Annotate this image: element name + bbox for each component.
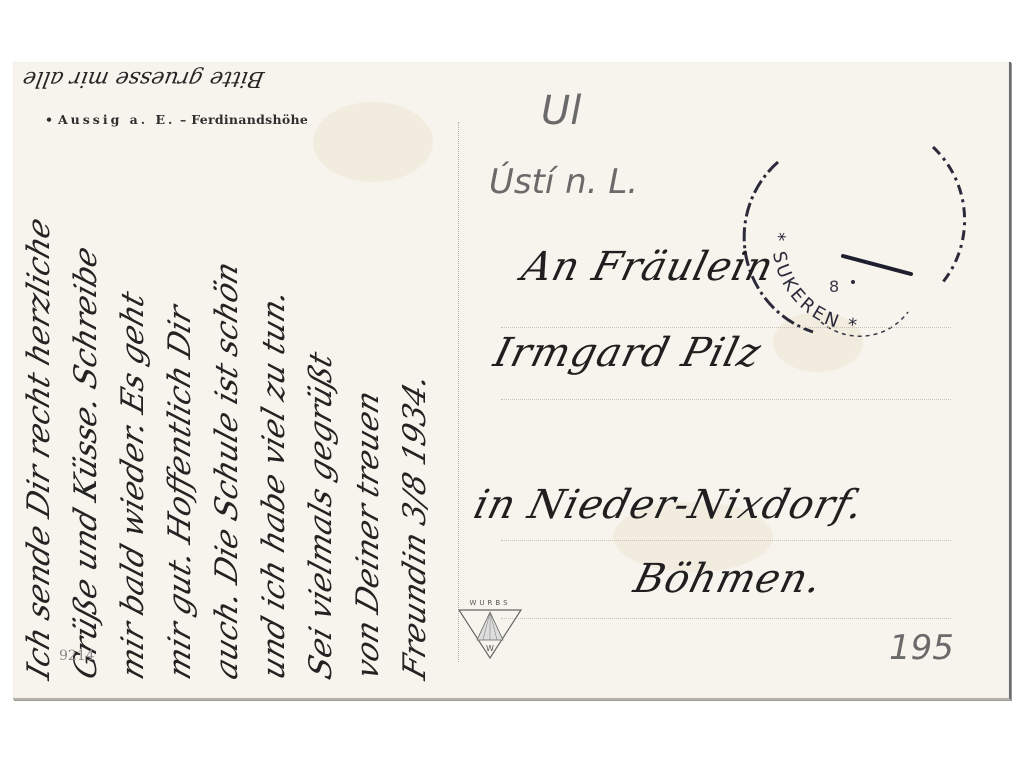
pencil-note-top: Ul <box>541 88 581 134</box>
printed-caption: • Aussig a. E. – Ferdinandshöhe <box>45 112 308 127</box>
address-line-1: An Fräulein <box>517 244 778 290</box>
message-column: Freundin 3/8 1934. <box>397 369 433 683</box>
circular-postmark-icon: * SUKEREN * 8 <box>733 132 993 342</box>
caption-place: Aussig a. E. <box>58 112 175 127</box>
paper-stain <box>313 102 433 182</box>
postcard: Bitte gruesse mir alle • Aussig a. E. – … <box>13 62 1011 700</box>
address-rule <box>501 327 951 328</box>
postmark-text: * SUKEREN * <box>767 232 861 337</box>
caption-bullet: • <box>45 112 53 127</box>
caption-separator: – <box>180 112 187 127</box>
address-rule <box>501 399 951 400</box>
pencil-note-place: Ústí n. L. <box>489 162 638 202</box>
message-column: Sei vielmals gegrüßt <box>303 347 339 683</box>
message-column: Ich sende Dir recht herzliche <box>21 213 57 684</box>
address-rule <box>501 618 951 619</box>
triangle-logo-icon: WURBS W <box>455 596 525 660</box>
pencil-note-number: 195 <box>889 628 954 668</box>
print-number: 9214 <box>59 648 95 664</box>
message-column: auch. Die Schule ist schön <box>209 257 245 684</box>
message-column: Grüße und Küsse. Schreibe <box>68 242 104 684</box>
message-topline: Bitte gruesse mir alle <box>21 66 266 91</box>
publisher-name: WURBS <box>469 599 510 607</box>
address-line-3: in Nieder-Nixdorf. <box>469 482 868 528</box>
address-line-2: Irmgard Pilz <box>489 330 766 376</box>
message-column: und ich habe viel zu tun. <box>256 285 292 684</box>
message-column: mir bald wieder. Es geht <box>115 287 151 684</box>
postmark-digits: 8 <box>829 277 839 296</box>
address-rule <box>501 540 951 541</box>
message-column: mir gut. Hoffentlich Dir <box>162 301 198 684</box>
svg-text:* SUKEREN *: * SUKEREN * <box>767 232 861 337</box>
message-column: von Deiner treuen <box>350 386 386 684</box>
svg-text:W: W <box>486 644 494 653</box>
vertical-divider <box>458 122 459 662</box>
address-line-4: Böhmen. <box>629 556 827 602</box>
caption-landmark: Ferdinandshöhe <box>191 112 308 127</box>
